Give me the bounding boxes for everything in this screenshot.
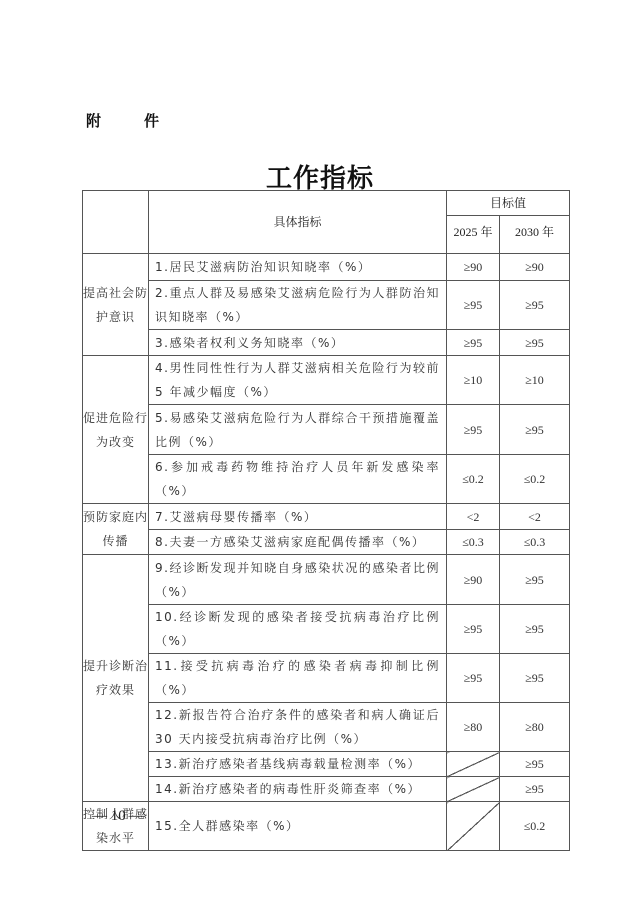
value-2030: ≥10: [500, 356, 570, 405]
indicator-cell: 5.易感染艾滋病危险行为人群综合干预措施覆盖比例（%）: [149, 405, 447, 455]
target-value-header: 目标值: [447, 191, 570, 216]
indicator-cell: 8.夫妻一方感染艾滋病家庭配偶传播率（%）: [149, 530, 447, 555]
value-2025: ≥95: [447, 330, 500, 356]
indicator-cell: 13.新治疗感染者基线病毒载量检测率（%）: [149, 752, 447, 777]
value-2025: ≥80: [447, 703, 500, 752]
value-2030: ≤0.3: [500, 530, 570, 555]
indicator-table: 具体指标 目标值 2025 年 2030 年 提高社会防护意识 1.居民艾滋病防…: [82, 190, 570, 851]
table-row: 14.新治疗感染者的病毒性肝炎筛查率（%） ≥95: [83, 777, 570, 802]
value-2025: ≥95: [447, 281, 500, 330]
indicator-column-header: 具体指标: [149, 191, 447, 254]
value-2030: ≥95: [500, 405, 570, 455]
table-row: 13.新治疗感染者基线病毒载量检测率（%） ≥95: [83, 752, 570, 777]
indicator-cell: 12.新报告符合治疗条件的感染者和病人确证后 30 天内接受抗病毒治疗比例（%）: [149, 703, 447, 752]
value-2025: ≤0.2: [447, 455, 500, 504]
value-2030: ≥80: [500, 703, 570, 752]
value-2025: ≥90: [447, 555, 500, 605]
table-row: 提升诊断治疗效果 9.经诊断发现并知晓自身感染状况的感染者比例（%） ≥90 ≥…: [83, 555, 570, 605]
indicator-cell: 15.全人群感染率（%）: [149, 802, 447, 851]
value-2025: ≥90: [447, 254, 500, 281]
indicator-cell: 6.参加戒毒药物维持治疗人员年新发感染率（%）: [149, 455, 447, 504]
indicator-cell: 3.感染者权利义务知晓率（%）: [149, 330, 447, 356]
value-2025-not-applicable: [447, 802, 500, 851]
table-row: 6.参加戒毒药物维持治疗人员年新发感染率（%） ≤0.2 ≤0.2: [83, 455, 570, 504]
value-2030: ≥95: [500, 777, 570, 802]
table-row: 8.夫妻一方感染艾滋病家庭配偶传播率（%） ≤0.3 ≤0.3: [83, 530, 570, 555]
category-cell: 预防家庭内传播: [83, 504, 149, 555]
indicator-cell: 11.接受抗病毒治疗的感染者病毒抑制比例（%）: [149, 654, 447, 703]
table-row: 提高社会防护意识 1.居民艾滋病防治知识知晓率（%） ≥90 ≥90: [83, 254, 570, 281]
table-row: 10.经诊断发现的感染者接受抗病毒治疗比例（%） ≥95 ≥95: [83, 605, 570, 654]
value-2030: ≥95: [500, 752, 570, 777]
indicator-cell: 10.经诊断发现的感染者接受抗病毒治疗比例（%）: [149, 605, 447, 654]
value-2030: ≥90: [500, 254, 570, 281]
category-cell: 提升诊断治疗效果: [83, 555, 149, 802]
value-2030: <2: [500, 504, 570, 530]
indicator-cell: 9.经诊断发现并知晓自身感染状况的感染者比例（%）: [149, 555, 447, 605]
table-row: 12.新报告符合治疗条件的感染者和病人确证后 30 天内接受抗病毒治疗比例（%）…: [83, 703, 570, 752]
table-row: 11.接受抗病毒治疗的感染者病毒抑制比例（%） ≥95 ≥95: [83, 654, 570, 703]
indicator-cell: 2.重点人群及易感染艾滋病危险行为人群防治知识知晓率（%）: [149, 281, 447, 330]
indicator-cell: 4.男性同性性行为人群艾滋病相关危险行为较前 5 年减少幅度（%）: [149, 356, 447, 405]
table-row: 控制人群感染水平 15.全人群感染率（%） ≤0.2: [83, 802, 570, 851]
value-2025: <2: [447, 504, 500, 530]
value-2025: ≤0.3: [447, 530, 500, 555]
value-2030: ≥95: [500, 654, 570, 703]
category-cell: 促进危险行为改变: [83, 356, 149, 504]
value-2025: ≥10: [447, 356, 500, 405]
table-row: 2.重点人群及易感染艾滋病危险行为人群防治知识知晓率（%） ≥95 ≥95: [83, 281, 570, 330]
year-2030-header: 2030 年: [500, 216, 570, 254]
value-2030: ≥95: [500, 330, 570, 356]
value-2030: ≥95: [500, 605, 570, 654]
attachment-label: 附 件: [86, 110, 173, 131]
value-2025: ≥95: [447, 654, 500, 703]
table-row: 促进危险行为改变 4.男性同性性行为人群艾滋病相关危险行为较前 5 年减少幅度（…: [83, 356, 570, 405]
value-2030: ≤0.2: [500, 802, 570, 851]
table-row: 5.易感染艾滋病危险行为人群综合干预措施覆盖比例（%） ≥95 ≥95: [83, 405, 570, 455]
indicator-cell: 7.艾滋病母婴传播率（%）: [149, 504, 447, 530]
page-number: — 10 —: [92, 808, 145, 825]
category-cell: 提高社会防护意识: [83, 254, 149, 356]
year-2025-header: 2025 年: [447, 216, 500, 254]
value-2025-not-applicable: [447, 752, 500, 777]
value-2030: ≥95: [500, 555, 570, 605]
value-2025: ≥95: [447, 605, 500, 654]
value-2030: ≥95: [500, 281, 570, 330]
table-row: 3.感染者权利义务知晓率（%） ≥95 ≥95: [83, 330, 570, 356]
corner-header-cell: [83, 191, 149, 254]
value-2025-not-applicable: [447, 777, 500, 802]
indicator-cell: 1.居民艾滋病防治知识知晓率（%）: [149, 254, 447, 281]
table-row: 预防家庭内传播 7.艾滋病母婴传播率（%） <2 <2: [83, 504, 570, 530]
value-2030: ≤0.2: [500, 455, 570, 504]
indicator-cell: 14.新治疗感染者的病毒性肝炎筛查率（%）: [149, 777, 447, 802]
value-2025: ≥95: [447, 405, 500, 455]
